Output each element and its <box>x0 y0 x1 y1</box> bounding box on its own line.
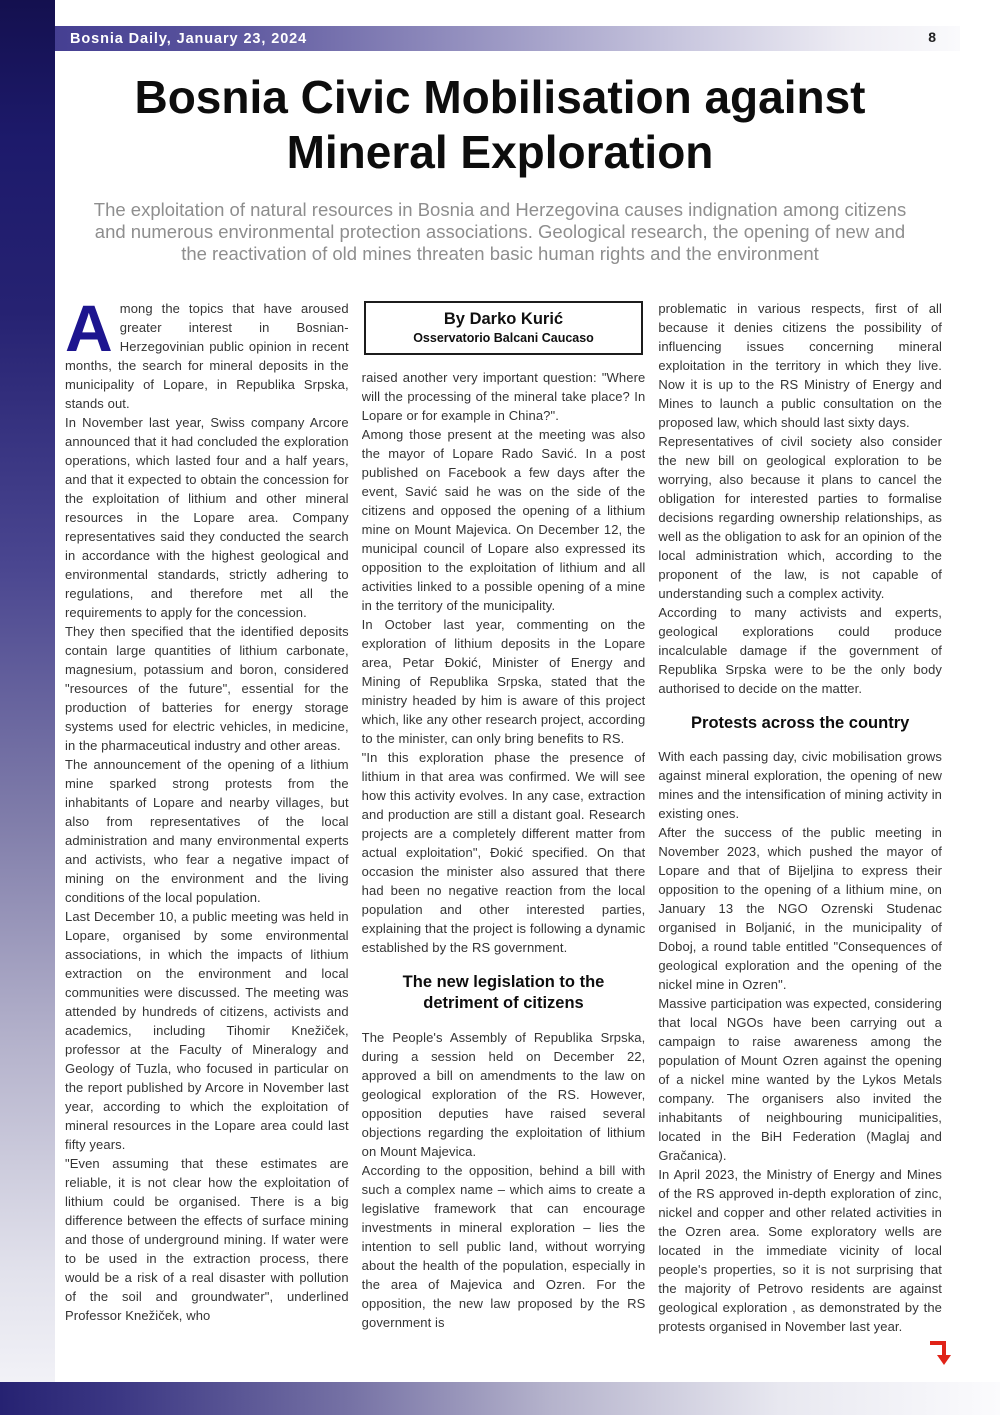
paragraph: With each passing day, civic mobilisatio… <box>658 747 942 823</box>
paragraph: Last December 10, a public meeting was h… <box>65 907 349 1154</box>
column-3: problematic in various respects, first o… <box>658 299 942 1375</box>
paragraph: In October last year, commenting on the … <box>362 615 646 748</box>
article-title-line1: Bosnia Civic Mobilisation against <box>134 71 865 123</box>
paragraph: According to the opposition, behind a bi… <box>362 1161 646 1332</box>
paragraph: According to many activists and experts,… <box>658 603 942 698</box>
article-title-line2: Mineral Exploration <box>287 126 714 178</box>
paragraph: problematic in various respects, first o… <box>658 299 942 432</box>
masthead-title: Bosnia Daily, January 23, 2024 <box>55 31 307 47</box>
paragraph: Among the topics that have aroused great… <box>65 299 349 413</box>
continuation-arrow-icon <box>930 1341 950 1371</box>
paragraph: They then specified that the identified … <box>65 622 349 755</box>
paragraph: "Even assuming that these estimates are … <box>65 1154 349 1325</box>
left-edge-gradient-bar <box>0 0 55 1415</box>
article-columns: Among the topics that have aroused great… <box>65 299 942 1375</box>
drop-cap: A <box>65 302 113 354</box>
masthead-bar: Bosnia Daily, January 23, 2024 <box>55 26 960 51</box>
paragraph: "In this exploration phase the presence … <box>362 748 646 957</box>
section-heading-protests: Protests across the country <box>664 713 936 734</box>
paragraph: In April 2023, the Ministry of Energy an… <box>658 1165 942 1336</box>
byline-box: By Darko Kurić Osservatorio Balcani Cauc… <box>364 301 644 355</box>
paragraph: In November last year, Swiss company Arc… <box>65 413 349 622</box>
paragraph: Massive participation was expected, cons… <box>658 994 942 1165</box>
byline-author: By Darko Kurić <box>370 310 638 329</box>
paragraph: The People's Assembly of Republika Srpsk… <box>362 1028 646 1161</box>
article-title: Bosnia Civic Mobilisation against Minera… <box>30 70 970 180</box>
paragraph: The announcement of the opening of a lit… <box>65 755 349 907</box>
paragraph: After the success of the public meeting … <box>658 823 942 994</box>
continuation-arrow-head <box>937 1355 951 1365</box>
article-standfirst: The exploitation of natural resources in… <box>90 199 910 265</box>
paragraph: raised another very important question: … <box>362 368 646 425</box>
section-heading-legislation: The new legislation to the detriment of … <box>368 972 640 1015</box>
byline-source: Osservatorio Balcani Caucaso <box>370 331 638 345</box>
newspaper-page: Bosnia Daily, January 23, 2024 8 Bosnia … <box>0 0 1000 1415</box>
bottom-edge-gradient-bar <box>0 1382 1000 1415</box>
paragraph: Representatives of civil society also co… <box>658 432 942 603</box>
column-1: Among the topics that have aroused great… <box>65 299 349 1375</box>
column-2: By Darko Kurić Osservatorio Balcani Cauc… <box>362 299 646 1375</box>
page-number: 8 <box>928 29 936 45</box>
paragraph: Among those present at the meeting was a… <box>362 425 646 615</box>
